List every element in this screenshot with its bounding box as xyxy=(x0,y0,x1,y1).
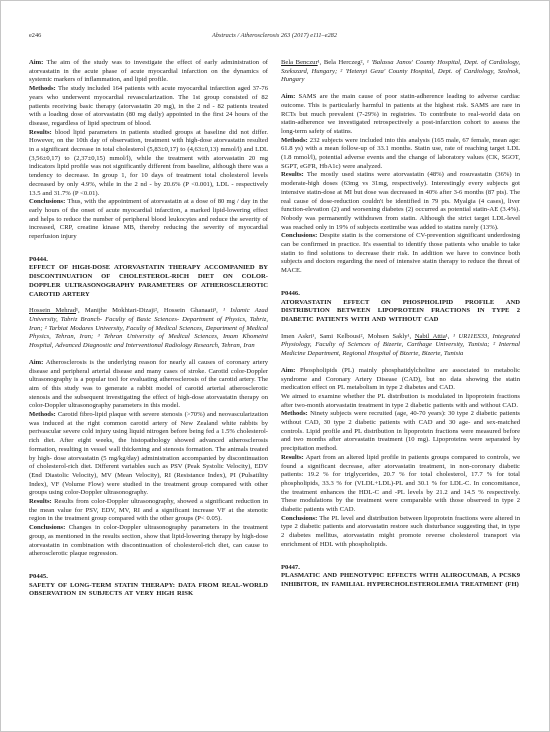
paragraph-text: Thus, with the appointment of atorvastat… xyxy=(29,198,268,240)
paragraph-text: The PL level and distribution between li… xyxy=(281,515,520,548)
paragraph-label: Conclusions: xyxy=(29,198,65,205)
abstract-p0447: P0447. PLASMATIC AND PHENOTYPIC EFFECTS … xyxy=(281,564,520,590)
paragraph-text: blood lipid parameters in patients studi… xyxy=(29,129,268,197)
paragraph-text: The mostly used statins were atorvastati… xyxy=(281,171,520,230)
paragraph-label: Conclusions: xyxy=(281,515,317,522)
results-paragraph: Results: blood lipid parameters in patie… xyxy=(29,129,268,199)
two-column-body: Aim: The aim of the study was to investi… xyxy=(29,59,520,599)
aim-paragraph-2: We aimed to examine whether the PL distr… xyxy=(281,393,520,410)
abstract-body: Aim: Phospholipids (PL) mainly phosphati… xyxy=(281,367,520,550)
abstract-title: ATORVASTATIN EFFECT ON PHOSPHOLIPID PROF… xyxy=(281,299,520,325)
presenting-author: Nabil Attia xyxy=(415,333,446,340)
paragraph-text: Despite statin is the cornerstone of CV-… xyxy=(281,232,520,274)
paragraph-label: Conclusions: xyxy=(29,524,65,531)
methods-paragraph: Methods: 232 subjects were included into… xyxy=(281,137,520,172)
paragraph-label: Results: xyxy=(281,454,304,461)
methods-paragraph: Methods: Ninety subjects were recruited … xyxy=(281,410,520,454)
methods-paragraph: Methods: The study included 164 patients… xyxy=(29,85,268,129)
paragraph-label: Methods: xyxy=(29,411,56,418)
author-names: ¹, Manijhe Mokhtari-Dizaji², Hossein Gha… xyxy=(76,307,223,314)
paragraph-label: Results: xyxy=(29,129,52,136)
author-names: Imen Askri¹, Sami Kelbousi², Mohsen Sakl… xyxy=(281,333,415,340)
abstract-p0445-continued: Bela Benczur¹, Bela Herczeg², ¹ 'Balassa… xyxy=(281,59,520,276)
running-title: Abstracts / Atherosclerosis 263 (2017) e… xyxy=(29,32,520,40)
paragraph-text: Results from color-Doppler ultrasonograp… xyxy=(29,498,268,522)
authors-affiliations: Hossein Mehrad¹, Manijhe Mokhtari-Dizaji… xyxy=(29,307,268,351)
paragraph-label: Methods: xyxy=(281,137,308,144)
authors-affiliations: Bela Benczur¹, Bela Herczeg², ¹ 'Balassa… xyxy=(281,59,520,85)
results-paragraph: Results: Apart from an altered lipid pro… xyxy=(281,454,520,515)
paragraph-text: Apart from an altered lipid profile in p… xyxy=(281,454,520,513)
methods-paragraph: Methods: Carotid fibro-lipid plaque with… xyxy=(29,411,268,498)
paragraph-text: SAMS are the main cause of poor statin-a… xyxy=(281,93,520,135)
abstract-continuation: Aim: The aim of the study was to investi… xyxy=(29,59,268,242)
presenting-author: Bela Benczur xyxy=(281,59,318,66)
abstract-p0444: P0444. EFFECT OF HIGH-DOSE ATORVASTATIN … xyxy=(29,256,268,559)
conclusions-paragraph: Conclusions: Changes in color-Doppler ul… xyxy=(29,524,268,559)
paragraph-text: Carotid fibro-lipid plaque with severe s… xyxy=(29,411,268,496)
abstract-p0446: P0446. ATORVASTATIN EFFECT ON PHOSPHOLIP… xyxy=(281,290,520,550)
paragraph-label: Aim: xyxy=(29,359,43,366)
abstract-title: PLASMATIC AND PHENOTYPIC EFFECTS WITH AL… xyxy=(281,572,520,589)
conclusions-paragraph: Conclusions: The PL level and distributi… xyxy=(281,515,520,550)
paragraph-label: Aim: xyxy=(281,93,295,100)
abstract-title: SAFETY OF LONG-TERM STATIN THERAPY: DATA… xyxy=(29,582,268,599)
abstract-number: P0446. xyxy=(281,290,520,299)
page-header: e246 Abstracts / Atherosclerosis 263 (20… xyxy=(29,32,520,42)
left-column: Aim: The aim of the study was to investi… xyxy=(29,59,268,599)
paragraph-text: Ninety subjects were recruited (age, 40-… xyxy=(281,410,520,452)
author-names: ¹, xyxy=(446,333,453,340)
aim-paragraph: Aim: Atherosclerosis is the underlying r… xyxy=(29,359,268,411)
aim-paragraph: Aim: SAMS are the main cause of poor sta… xyxy=(281,93,520,137)
paragraph-label: Results: xyxy=(29,498,52,505)
presenting-author: Hossein Mehrad xyxy=(29,307,76,314)
abstract-number: P0447. xyxy=(281,564,520,573)
paragraph-text: Atherosclerosis is the underlying reason… xyxy=(29,359,268,410)
paragraph-text: Changes in color-Doppler ultrasonography… xyxy=(29,524,268,557)
paragraph-text: The study included 164 patients with acu… xyxy=(29,85,268,127)
abstract-body: Aim: SAMS are the main cause of poor sta… xyxy=(281,93,520,276)
paragraph-text: The aim of the study was to investigate … xyxy=(29,59,268,83)
abstract-title: EFFECT OF HIGH-DOSE ATORVASTATIN THERAPY… xyxy=(29,264,268,299)
right-column: Bela Benczur¹, Bela Herczeg², ¹ 'Balassa… xyxy=(281,59,520,599)
author-names: ¹, Bela Herczeg², xyxy=(318,59,367,66)
abstract-body: Aim: Atherosclerosis is the underlying r… xyxy=(29,359,268,559)
aim-paragraph: Aim: The aim of the study was to investi… xyxy=(29,59,268,85)
paragraph-text: We aimed to examine whether the PL distr… xyxy=(281,393,520,409)
paragraph-label: Aim: xyxy=(281,367,295,374)
conclusions-paragraph: Conclusions: Thus, with the appointment … xyxy=(29,198,268,242)
results-paragraph: Results: The mostly used statins were at… xyxy=(281,171,520,232)
paragraph-label: Methods: xyxy=(281,410,308,417)
abstract-number: P0445. xyxy=(29,573,268,582)
paragraph-label: Aim: xyxy=(29,59,43,66)
page-number: e246 xyxy=(29,32,41,40)
authors-affiliations: Imen Askri¹, Sami Kelbousi², Mohsen Sakl… xyxy=(281,333,520,359)
paragraph-label: Results: xyxy=(281,171,304,178)
paragraph-text: Phospholipids (PL) mainly phosphatidylch… xyxy=(281,367,520,391)
paragraph-text: 232 subjects were included into this ana… xyxy=(281,137,520,170)
paragraph-label: Conclusions: xyxy=(281,232,317,239)
paragraph-label: Methods: xyxy=(29,85,56,92)
abstract-number: P0444. xyxy=(29,256,268,265)
abstract-p0445: P0445. SAFETY OF LONG-TERM STATIN THERAP… xyxy=(29,573,268,599)
conclusions-paragraph: Conclusions: Despite statin is the corne… xyxy=(281,232,520,276)
journal-abstract-page: e246 Abstracts / Atherosclerosis 263 (20… xyxy=(0,0,550,732)
aim-paragraph: Aim: Phospholipids (PL) mainly phosphati… xyxy=(281,367,520,393)
results-paragraph: Results: Results from color-Doppler ultr… xyxy=(29,498,268,524)
